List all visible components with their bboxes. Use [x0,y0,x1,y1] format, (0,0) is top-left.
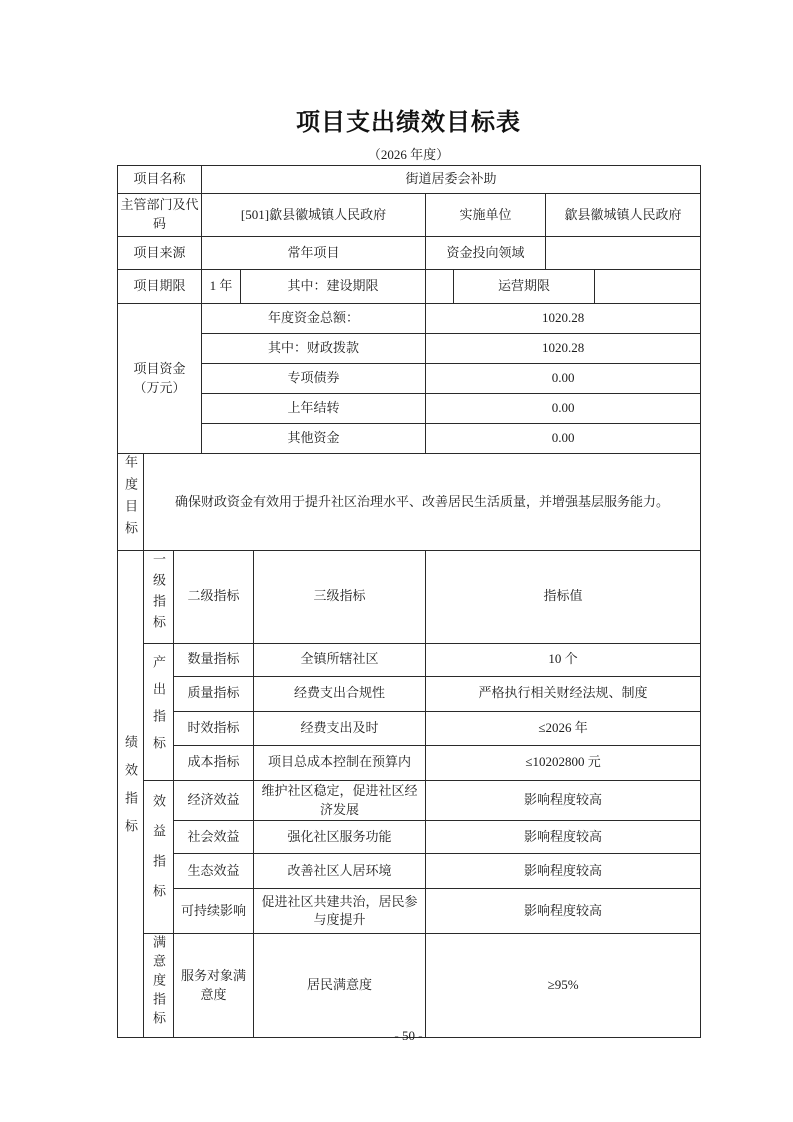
output-group-label: 产出指标 [144,643,174,780]
funding-item-carryover: 上年结转 [202,394,426,424]
funding-value-carryover: 0.00 [426,394,701,424]
indicator-level3: 居民满意度 [254,934,426,1038]
funding-item-other: 其他资金 [202,424,426,454]
implement-unit-label: 实施单位 [426,194,546,237]
build-period-value [426,270,454,304]
benefit-group-label-text: 效益指标 [152,794,165,914]
annual-goal-value: 确保财政资金有效用于提升社区治理水平、改善居民生活质量，并增强基层服务能力。 [144,454,701,551]
indicator-level2: 数量指标 [174,643,254,676]
satisfaction-group-label-text: 满意度指标 [152,935,165,1030]
indicator-level3: 经费支出及时 [254,711,426,745]
oper-period-value [595,270,701,304]
indicator-value: 严格执行相关财经法规、制度 [426,676,701,711]
performance-indicators-label-text: 绩效指标 [124,735,137,847]
benefit-group-label: 效益指标 [144,780,174,934]
project-period-label: 项目期限 [118,270,202,304]
document-subtitle: （2026 年度） [117,144,700,163]
indicator-level3: 维护社区稳定，促进社区经济发展 [254,780,426,821]
project-name-value: 街道居委会补助 [202,166,701,194]
indicator-level3: 改善社区人居环境 [254,854,426,889]
funding-label: 项目资金 （万元） [118,304,202,454]
indicator-level3: 项目总成本控制在预算内 [254,745,426,780]
performance-indicators-label: 绩效指标 [118,550,144,1037]
indicator-level2: 经济效益 [174,780,254,821]
indicator-value: ≤10202800 元 [426,745,701,780]
output-group-label-text: 产出指标 [152,655,165,763]
indicator-level2: 成本指标 [174,745,254,780]
funding-value-bond: 0.00 [426,364,701,394]
project-source-value: 常年项目 [202,237,426,270]
document-page: 项目支出绩效目标表 （2026 年度） 项目名称 街道居委会补助 主管部门及代码… [0,0,793,1122]
indicator-value: 影响程度较高 [426,889,701,934]
header-level1: 一级指标 [144,550,174,643]
indicator-level2: 服务对象满意度 [174,934,254,1038]
indicator-level3: 全镇所辖社区 [254,643,426,676]
funding-field-value [546,237,701,270]
funding-value-total: 1020.28 [426,304,701,334]
performance-target-table: 项目名称 街道居委会补助 主管部门及代码 [501]歙县徽城镇人民政府 实施单位… [117,165,701,1038]
indicator-level3: 强化社区服务功能 [254,821,426,854]
indicator-value: 影响程度较高 [426,780,701,821]
funding-item-bond: 专项债券 [202,364,426,394]
header-level2: 二级指标 [174,550,254,643]
indicator-level2: 生态效益 [174,854,254,889]
satisfaction-group-label: 满意度指标 [144,934,174,1038]
project-period-value: 1 年 [202,270,241,304]
header-value: 指标值 [426,550,701,643]
funding-value-fiscal: 1020.28 [426,334,701,364]
implement-unit-value: 歙县徽城镇人民政府 [546,194,701,237]
indicator-level2: 质量指标 [174,676,254,711]
funding-field-label: 资金投向领域 [426,237,546,270]
indicator-level2: 可持续影响 [174,889,254,934]
document-title: 项目支出绩效目标表 [117,102,700,137]
indicator-value: ≥95% [426,934,701,1038]
funding-item-total: 年度资金总额： [202,304,426,334]
department-value: [501]歙县徽城镇人民政府 [202,194,426,237]
header-level1-text: 一级指标 [152,552,165,636]
indicator-value: 影响程度较高 [426,821,701,854]
funding-item-fiscal: 其中：财政拨款 [202,334,426,364]
page-number: - 50 - [117,1028,700,1044]
indicator-value: 10 个 [426,643,701,676]
annual-goal-label-text: 年度目标 [124,455,137,543]
indicator-level2: 时效指标 [174,711,254,745]
oper-period-label: 运营期限 [454,270,595,304]
department-label: 主管部门及代码 [118,194,202,237]
indicator-level3: 经费支出合规性 [254,676,426,711]
project-source-label: 项目来源 [118,237,202,270]
indicator-value: ≤2026 年 [426,711,701,745]
project-name-label: 项目名称 [118,166,202,194]
header-level3: 三级指标 [254,550,426,643]
build-period-label: 其中：建设期限 [241,270,426,304]
funding-value-other: 0.00 [426,424,701,454]
annual-goal-label: 年度目标 [118,454,144,551]
indicator-level2: 社会效益 [174,821,254,854]
indicator-level3: 促进社区共建共治，居民参与度提升 [254,889,426,934]
indicator-value: 影响程度较高 [426,854,701,889]
